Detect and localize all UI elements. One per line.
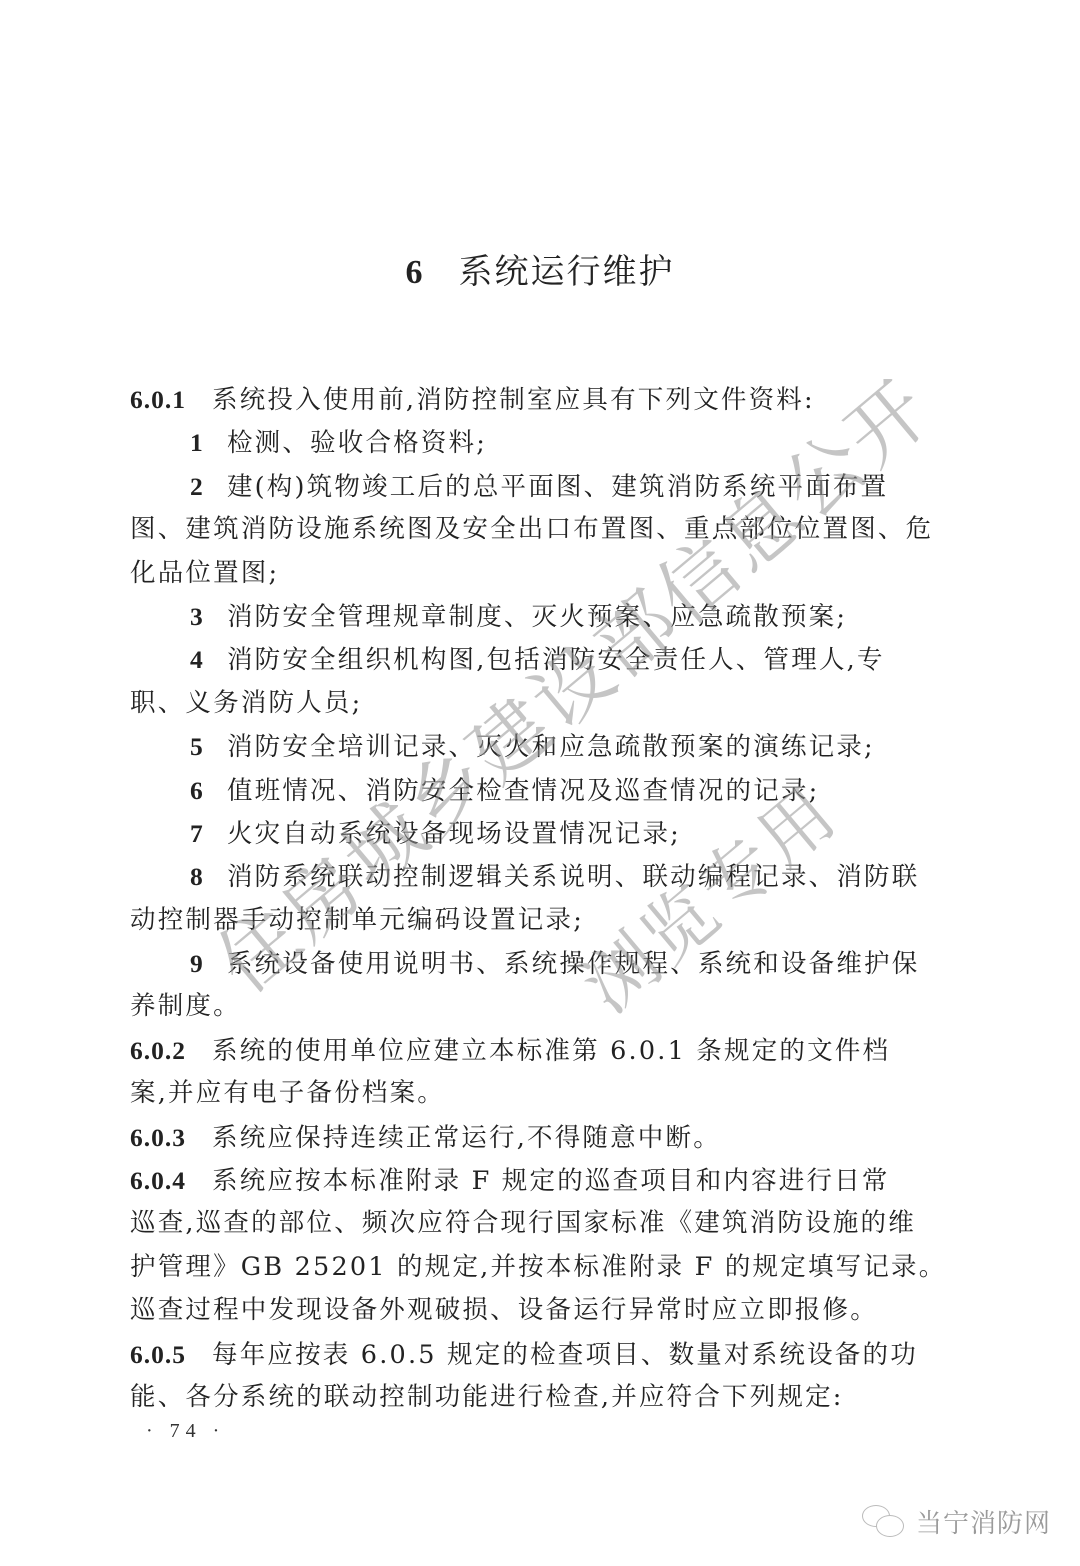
list-item: 5消防安全培训记录、灭火和应急疏散预案的演练记录; [130,725,930,768]
item-number: 8 [190,862,205,891]
clause-line: 6.0.2系统的使用单位应建立本标准第 6.0.1 条规定的文件档 [130,1029,930,1072]
line-text: 案,并应有电子备份档案。 [130,1078,445,1108]
clause-line: 6.0.5每年应按表 6.0.5 规定的检查项目、数量对系统设备的功 [130,1333,930,1376]
line-text: 动控制器手动控制单元编码设置记录; [130,905,584,935]
line-text: 图、建筑消防设施系统图及安全出口布置图、重点部位位置图、危 [130,514,933,544]
wechat-icon [862,1505,906,1539]
list-item: 4消防安全组织机构图,包括消防安全责任人、管理人,专 [130,638,930,681]
text-line: 养制度。 [130,985,930,1028]
line-text: 火灾自动系统设备现场设置情况记录; [227,819,681,849]
text-line: 护管理》GB 25201 的规定,并按本标准附录 F 的规定填写记录。 [130,1246,930,1289]
list-item: 2建(构)筑物竣工后的总平面图、建筑消防系统平面布置 [130,465,930,508]
line-text: 系统应按本标准附录 F 规定的巡查项目和内容进行日常 [212,1166,890,1196]
line-text: 消防系统联动控制逻辑关系说明、联动编程记录、消防联 [227,862,920,892]
line-text: 检测、验收合格资料; [227,428,487,458]
text-line: 动控制器手动控制单元编码设置记录; [130,899,930,942]
chapter-title-text: 系统运行维护 [459,252,675,292]
page-number: · 74 · [146,1420,225,1443]
line-text: 系统投入使用前,消防控制室应具有下列文件资料: [212,385,815,415]
line-text: 建(构)筑物竣工后的总平面图、建筑消防系统平面布置 [227,472,888,502]
text-line: 图、建筑消防设施系统图及安全出口布置图、重点部位位置图、危 [130,508,930,551]
line-text: 系统应保持连续正常运行,不得随意中断。 [212,1123,721,1153]
line-text: 巡查,巡查的部位、频次应符合现行国家标准《建筑消防设施的维 [130,1208,916,1238]
clause-number: 6.0.1 [130,385,186,414]
document-page: 6系统运行维护 6.0.1系统投入使用前,消防控制室应具有下列文件资料:1检测、… [0,0,1080,1566]
line-text: 巡查过程中发现设备外观破损、设备运行异常时应立即报修。 [130,1295,878,1325]
source-logo: 当宁消防网 [862,1503,1051,1540]
line-text: 消防安全管理规章制度、灭火预案、应急疏散预案; [227,602,847,632]
text-line: 能、各分系统的联动控制功能进行检查,并应符合下列规定: [130,1376,930,1419]
list-item: 8消防系统联动控制逻辑关系说明、联动编程记录、消防联 [130,855,930,898]
clause-line: 6.0.1系统投入使用前,消防控制室应具有下列文件资料: [130,378,930,421]
item-number: 1 [190,428,205,457]
item-number: 3 [190,602,205,631]
clause-number: 6.0.5 [130,1340,186,1369]
line-text: 能、各分系统的联动控制功能进行检查,并应符合下列规定: [130,1382,844,1412]
line-text: 消防安全组织机构图,包括消防安全责任人、管理人,专 [227,645,885,675]
list-item: 3消防安全管理规章制度、灭火预案、应急疏散预案; [130,595,930,638]
clause-number: 6.0.2 [130,1036,186,1065]
item-number: 9 [190,949,205,978]
line-text: 养制度。 [130,991,241,1021]
line-text: 值班情况、消防安全检查情况及巡查情况的记录; [227,776,820,806]
list-item: 1检测、验收合格资料; [130,421,930,464]
line-text: 化品位置图; [130,558,279,588]
item-number: 4 [190,645,205,674]
line-text: 系统设备使用说明书、系统操作规程、系统和设备维护保 [227,949,920,979]
clause-line: 6.0.4系统应按本标准附录 F 规定的巡查项目和内容进行日常 [130,1159,930,1202]
line-text: 护管理》GB 25201 的规定,并按本标准附录 F 的规定填写记录。 [130,1252,946,1282]
line-text: 消防安全培训记录、灭火和应急疏散预案的演练记录; [227,732,875,762]
item-number: 7 [190,819,205,848]
text-line: 巡查过程中发现设备外观破损、设备运行异常时应立即报修。 [130,1289,930,1332]
clause-number: 6.0.4 [130,1166,186,1195]
line-text: 每年应按表 6.0.5 规定的检查项目、数量对系统设备的功 [212,1340,918,1370]
line-text: 系统的使用单位应建立本标准第 6.0.1 条规定的文件档 [212,1036,890,1066]
clause-number: 6.0.3 [130,1123,186,1152]
list-item: 9系统设备使用说明书、系统操作规程、系统和设备维护保 [130,942,930,985]
logo-text: 当宁消防网 [916,1503,1051,1540]
text-line: 巡查,巡查的部位、频次应符合现行国家标准《建筑消防设施的维 [130,1202,930,1245]
text-line: 化品位置图; [130,552,930,595]
chapter-number: 6 [406,254,425,291]
chapter-title: 6系统运行维护 [0,244,1080,293]
list-item: 7火灾自动系统设备现场设置情况记录; [130,812,930,855]
line-text: 职、义务消防人员; [130,688,362,718]
text-line: 案,并应有电子备份档案。 [130,1072,930,1115]
item-number: 5 [190,732,205,761]
item-number: 2 [190,472,205,501]
list-item: 6值班情况、消防安全检查情况及巡查情况的记录; [130,769,930,812]
item-number: 6 [190,776,205,805]
clause-line: 6.0.3系统应保持连续正常运行,不得随意中断。 [130,1116,930,1159]
document-body: 6.0.1系统投入使用前,消防控制室应具有下列文件资料:1检测、验收合格资料;2… [130,378,930,1419]
text-line: 职、义务消防人员; [130,682,930,725]
